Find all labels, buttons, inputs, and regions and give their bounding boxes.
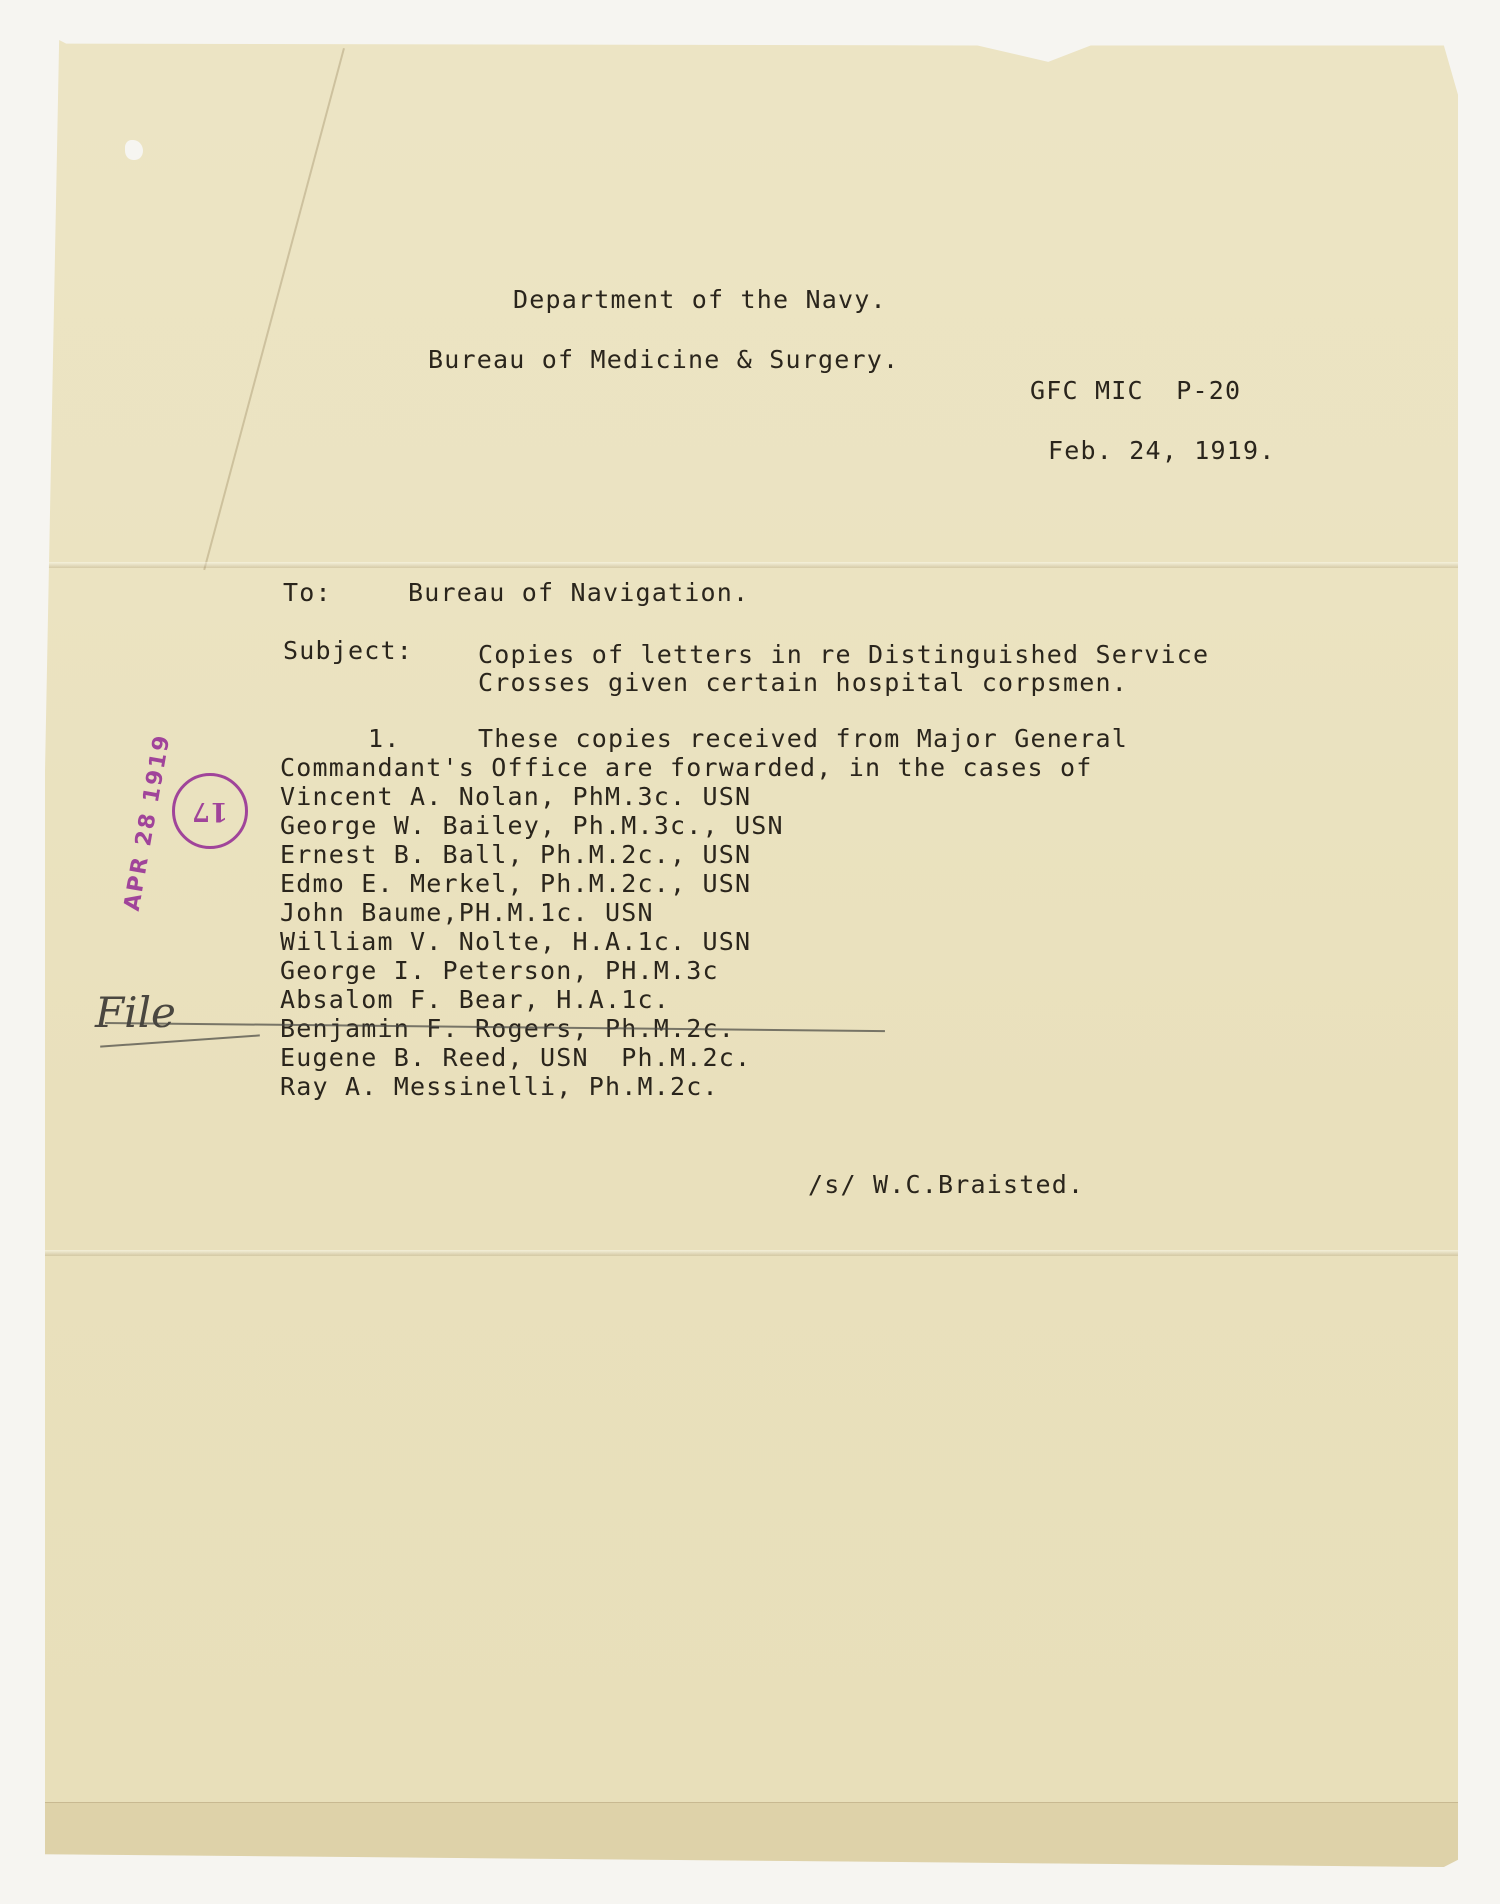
list-item: John Baume,PH.M.1c. USN <box>280 898 654 927</box>
list-item: Edmo E. Merkel, Ph.M.2c., USN <box>280 869 751 898</box>
list-item: William V. Nolte, H.A.1c. USN <box>280 927 751 956</box>
fold-crease-upper <box>45 562 1458 568</box>
file-code: GFC MIC P-20 <box>1030 376 1241 405</box>
subject-label: Subject: <box>283 636 413 665</box>
to-label: To: <box>283 578 332 607</box>
paragraph-number: 1. <box>368 724 401 753</box>
signature-line: /s/ W.C.Braisted. <box>808 1170 1084 1199</box>
stamp-number: 17 <box>192 796 228 826</box>
list-item: Ray A. Messinelli, Ph.M.2c. <box>280 1072 719 1101</box>
subject-line-1: Copies of letters in re Distinguished Se… <box>478 640 1209 669</box>
list-item: Eugene B. Reed, USN Ph.M.2c. <box>280 1043 751 1072</box>
handwritten-file-note: File <box>95 988 176 1037</box>
letter-date: Feb. 24, 1919. <box>1048 436 1276 465</box>
department-heading: Department of the Navy. <box>513 285 887 314</box>
list-item: George W. Bailey, Ph.M.3c., USN <box>280 811 784 840</box>
subject-line-2: Crosses given certain hospital corpsmen. <box>478 668 1128 697</box>
list-item: Absalom F. Bear, H.A.1c. <box>280 985 670 1014</box>
fold-crease-lower <box>45 1250 1458 1256</box>
paragraph-line-1: These copies received from Major General <box>478 724 1128 753</box>
bureau-heading: Bureau of Medicine & Surgery. <box>428 345 899 374</box>
punch-hole <box>125 140 143 160</box>
received-number-stamp: 17 <box>172 773 248 849</box>
diagonal-fold-crease <box>203 48 345 570</box>
list-item: Vincent A. Nolan, PhM.3c. USN <box>280 782 751 811</box>
to-recipient: Bureau of Navigation. <box>408 578 749 607</box>
list-item: George I. Peterson, PH.M.3c <box>280 956 719 985</box>
paragraph-line-2: Commandant's Office are forwarded, in th… <box>280 753 1093 782</box>
list-item: Ernest B. Ball, Ph.M.2c., USN <box>280 840 751 869</box>
bottom-fold-band <box>45 1802 1458 1868</box>
document-paper <box>45 40 1458 1867</box>
